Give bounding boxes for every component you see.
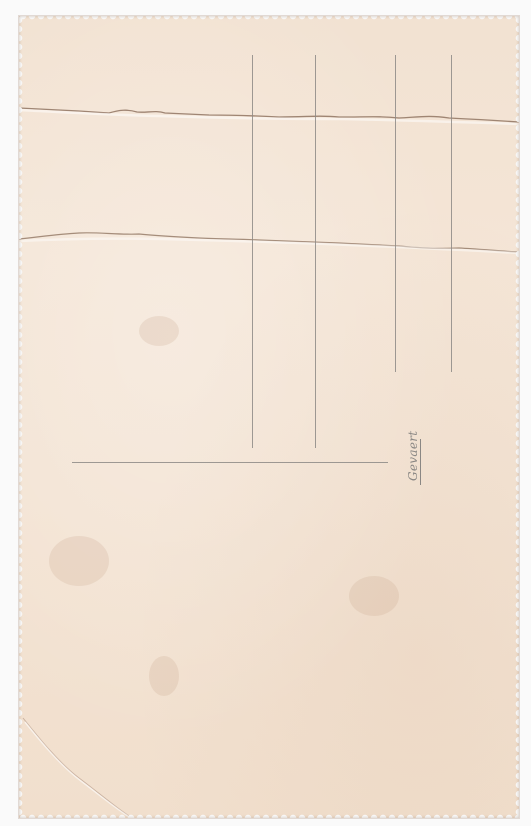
paper-stain xyxy=(349,576,399,616)
paper-stain xyxy=(139,316,179,346)
crease-upper xyxy=(19,104,519,124)
maker-mark-text: Gevaert xyxy=(406,431,420,481)
divider-line-left xyxy=(252,55,253,448)
maker-mark: Gevaert xyxy=(404,437,438,493)
deckle-edge-left xyxy=(19,16,24,818)
deckle-edge-bottom xyxy=(19,813,519,818)
scan-background: Gevaert xyxy=(0,0,531,826)
baseline-rule xyxy=(72,462,388,463)
bent-corner xyxy=(19,708,139,818)
deckle-edge-right xyxy=(514,16,519,818)
edge-shadow xyxy=(19,16,519,818)
stamp-box-line-right xyxy=(451,55,452,372)
maker-mark-rule xyxy=(420,439,421,485)
crease-lower xyxy=(19,229,519,253)
divider-line-right xyxy=(315,55,316,448)
stamp-box-line-left xyxy=(395,55,396,372)
paper-stain xyxy=(149,656,179,696)
postcard-back: Gevaert xyxy=(19,16,519,818)
paper-stain xyxy=(49,536,109,586)
deckle-edge-top xyxy=(19,16,519,21)
